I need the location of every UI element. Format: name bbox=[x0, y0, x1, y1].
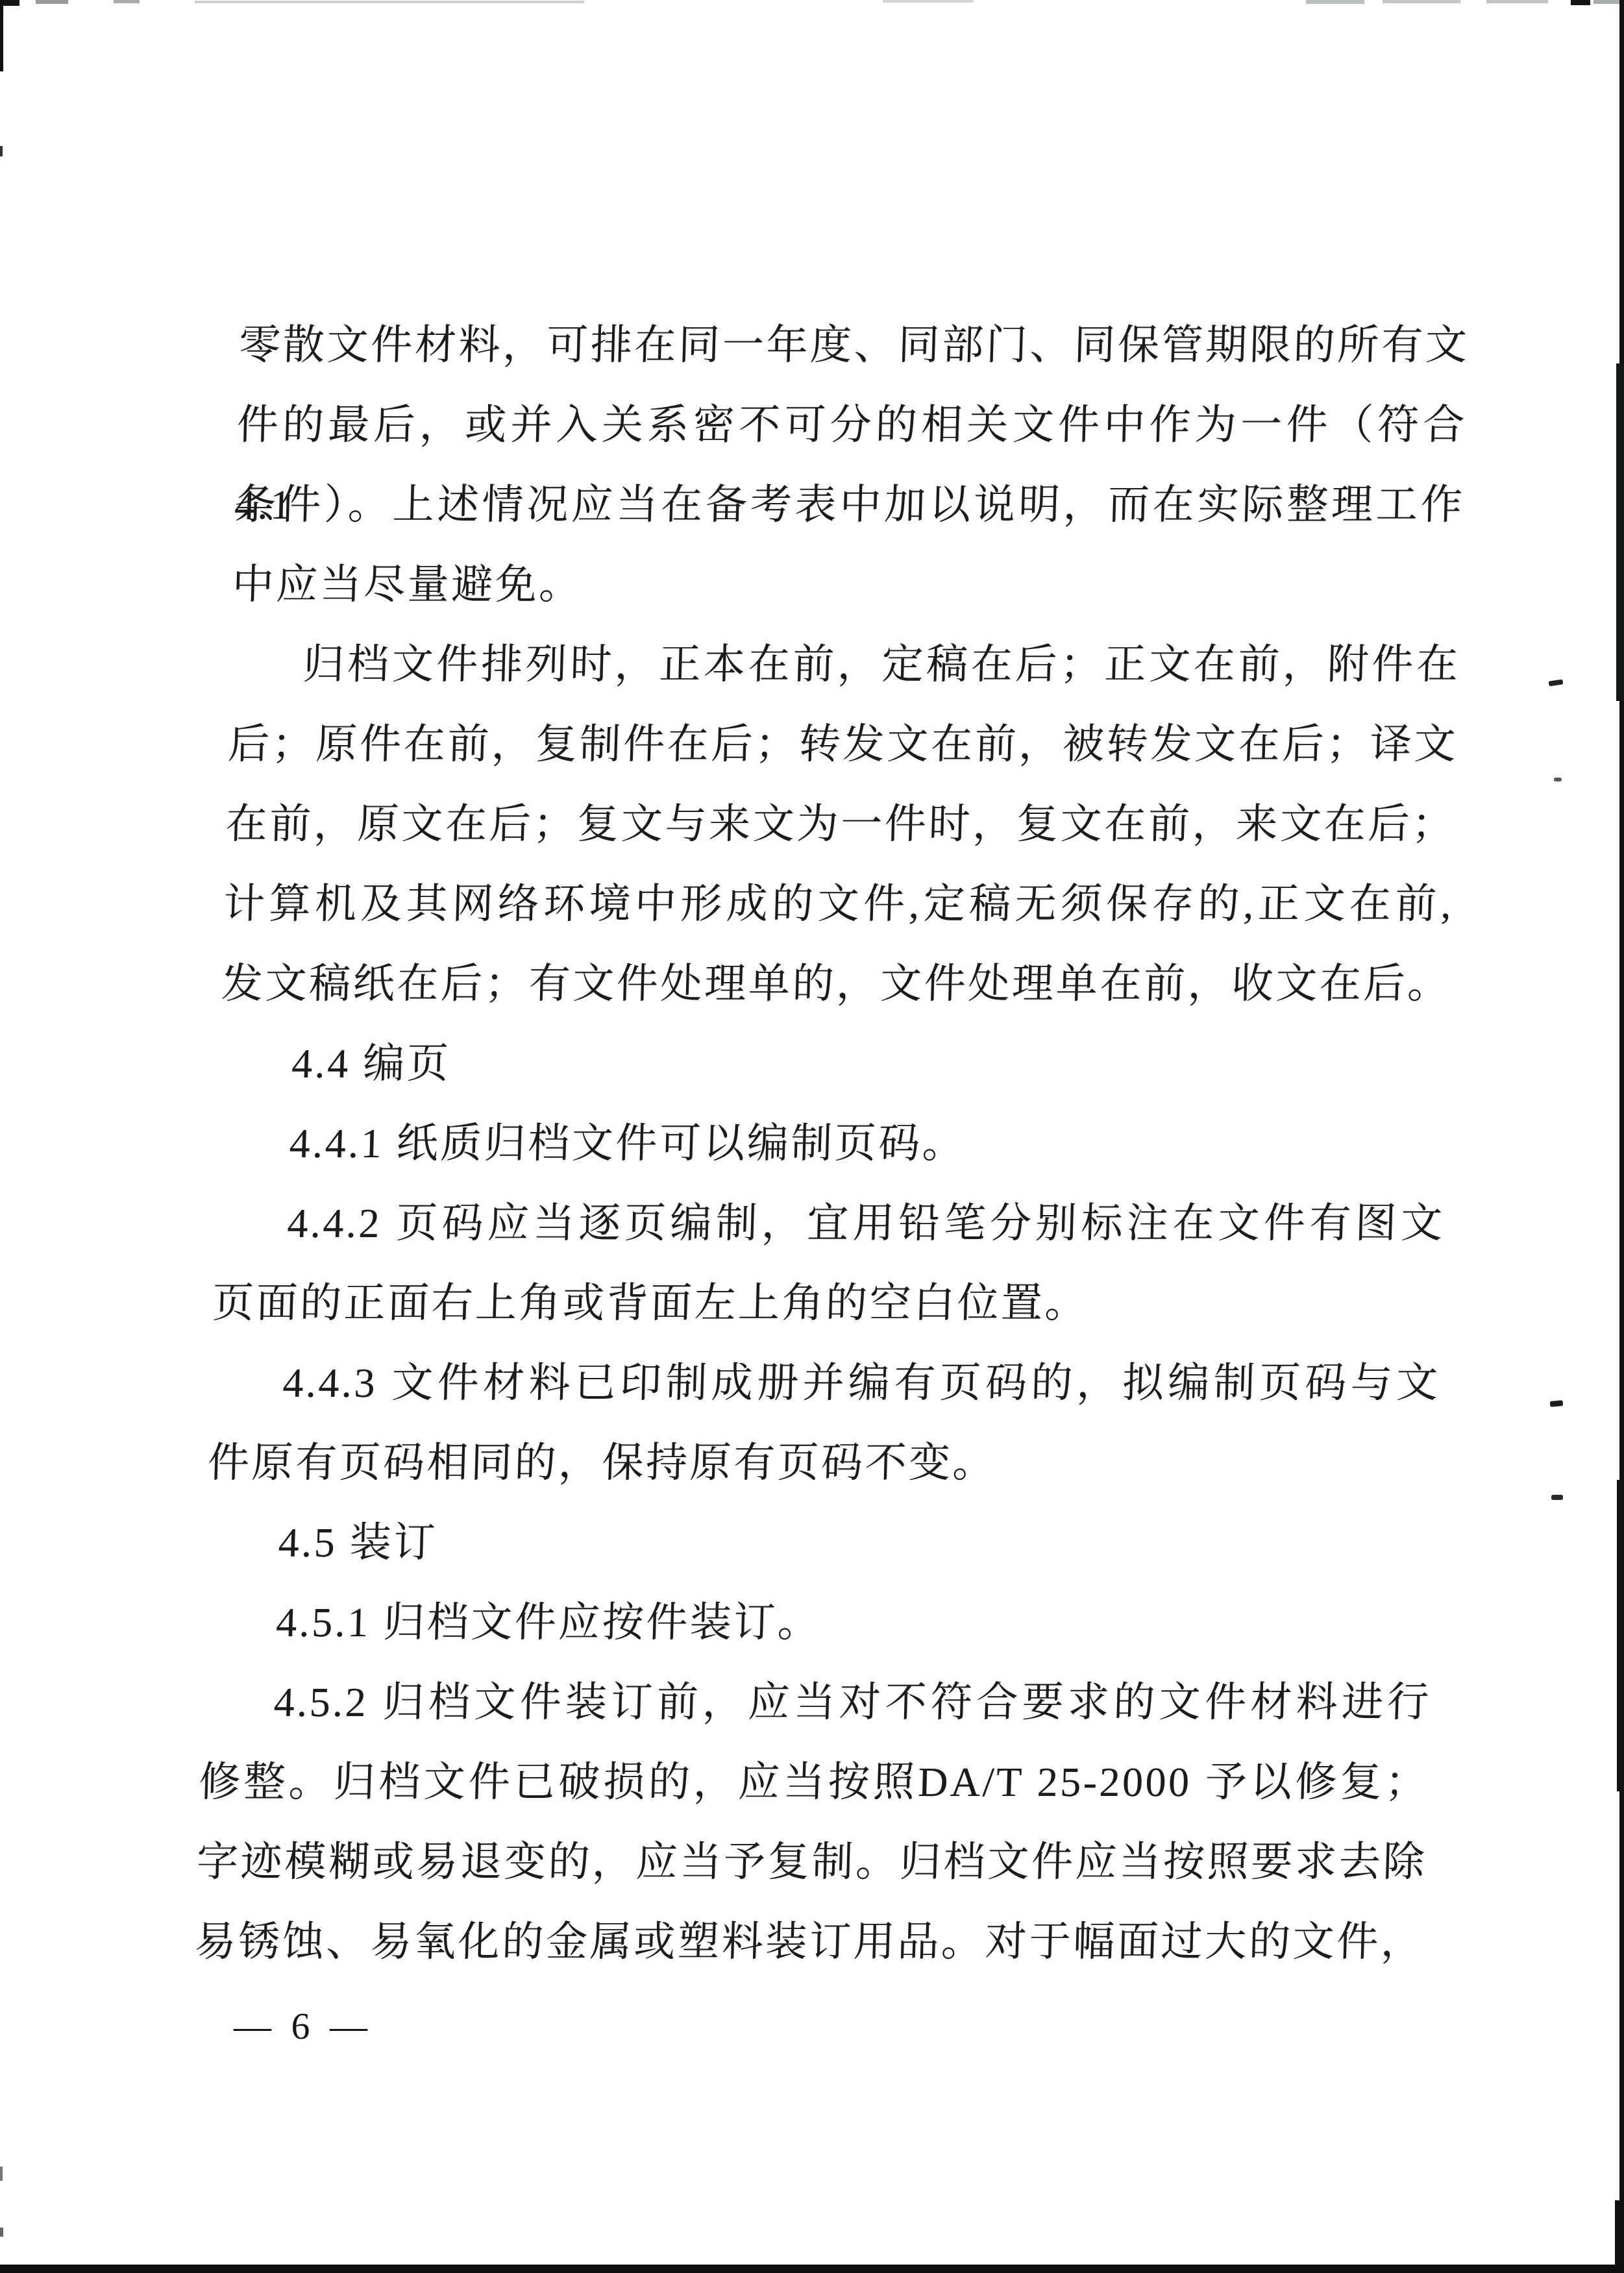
section-heading-4-4: 4.4 编页 bbox=[218, 1024, 1450, 1103]
page-number: — 6 — bbox=[233, 2004, 373, 2048]
text-line: 修整。归档文件已破损的，应当按照DA/T 25-2000 予以修复； bbox=[198, 1742, 1430, 1822]
scan-streak-top-8 bbox=[1486, 0, 1548, 3]
scan-streak-top-10 bbox=[1593, 0, 1623, 4]
scan-streak-top-1 bbox=[3, 0, 19, 6]
text-line: 4.5.2 归档文件装订前，应当对不符合要求的文件材料进行 bbox=[200, 1662, 1432, 1742]
scan-mark-left-1 bbox=[0, 146, 3, 156]
page-edge-right-segment-2 bbox=[1617, 1480, 1624, 1791]
text-line: 计算机及其网络环境中形成的文件,定稿无须保存的,正文在前, bbox=[223, 864, 1455, 944]
scan-streak-top-6 bbox=[1306, 0, 1364, 4]
text-line: 4.4.3 文件材料已印制成册并编有页码的，拟编制页码与文 bbox=[209, 1343, 1441, 1423]
scan-streak-top-3 bbox=[114, 0, 140, 3]
text-line: 后；原件在前，复制件在后；转发文在前，被转发文在后；译文 bbox=[227, 704, 1458, 784]
scan-streak-top-4 bbox=[195, 1, 584, 3]
scan-streak-top-2 bbox=[36, 0, 68, 4]
text-line: 零散文件材料，可排在同一年度、同部门、同保管期限的所有文 bbox=[238, 305, 1470, 385]
text-line: 4.5.1 归档文件应按件装订。 bbox=[203, 1582, 1434, 1662]
scan-streak-top-9 bbox=[1571, 0, 1590, 5]
scan-dash-right-4 bbox=[1551, 1495, 1563, 1500]
scan-mark-left-top bbox=[0, 0, 3, 71]
text-line: 发文稿纸在后；有文件处理单的，文件处理单在前，收文在后。 bbox=[220, 944, 1452, 1024]
text-line: 4.4.1 纸质归档文件可以编制页码。 bbox=[215, 1103, 1447, 1183]
text-line: 中应当尽量避免。 bbox=[231, 545, 1463, 624]
scan-mark-left-3 bbox=[0, 2228, 3, 2237]
scan-dash-right-2 bbox=[1554, 778, 1562, 781]
scan-dash-right-3 bbox=[1550, 1400, 1564, 1407]
page-edge-right-segment-1 bbox=[1616, 363, 1624, 701]
document-body-text: 零散文件材料，可排在同一年度、同部门、同保管期限的所有文 件的最后，或并入关系密… bbox=[193, 305, 1470, 1982]
text-line: 4.4.2 页码应当逐页编制，宜用铅笔分别标注在文件有图文 bbox=[214, 1183, 1446, 1263]
text-line: 页面的正面右上角或背面左上角的空白位置。 bbox=[211, 1263, 1443, 1343]
text-line: 在前，原文在后；复文与来文为一件时，复文在前，来文在后； bbox=[225, 784, 1457, 864]
scan-streak-top-5 bbox=[883, 0, 974, 3]
page-edge-bottom bbox=[0, 2265, 1624, 2273]
page-edge-right-segment-3 bbox=[1615, 2200, 1624, 2273]
text-line: 件的最后，或并入关系密不可分的相关文件中作为一件（符合4.1 bbox=[236, 385, 1468, 465]
section-heading-4-5: 4.5 装订 bbox=[204, 1503, 1436, 1582]
text-line: 易锈蚀、易氧化的金属或塑料装订用品。对于幅面过大的文件， bbox=[193, 1902, 1425, 1982]
scanned-document-page: 零散文件材料，可排在同一年度、同部门、同保管期限的所有文 件的最后，或并入关系密… bbox=[0, 0, 1624, 2273]
scan-mark-left-2 bbox=[0, 2167, 3, 2181]
text-line: 字迹模糊或易退变的，应当予复制。归档文件应当按照要求去除 bbox=[195, 1822, 1427, 1902]
text-line: 归档文件排列时，正本在前，定稿在后；正文在前，附件在 bbox=[229, 624, 1461, 704]
text-line: 件原有页码相同的，保持原有页码不变。 bbox=[206, 1423, 1438, 1503]
page-edge-right bbox=[1619, 0, 1624, 2273]
scan-dash-right-1 bbox=[1549, 680, 1564, 687]
text-line: 条件）。上述情况应当在备考表中加以说明，而在实际整理工作 bbox=[234, 465, 1466, 545]
scan-streak-top-7 bbox=[1383, 0, 1460, 3]
